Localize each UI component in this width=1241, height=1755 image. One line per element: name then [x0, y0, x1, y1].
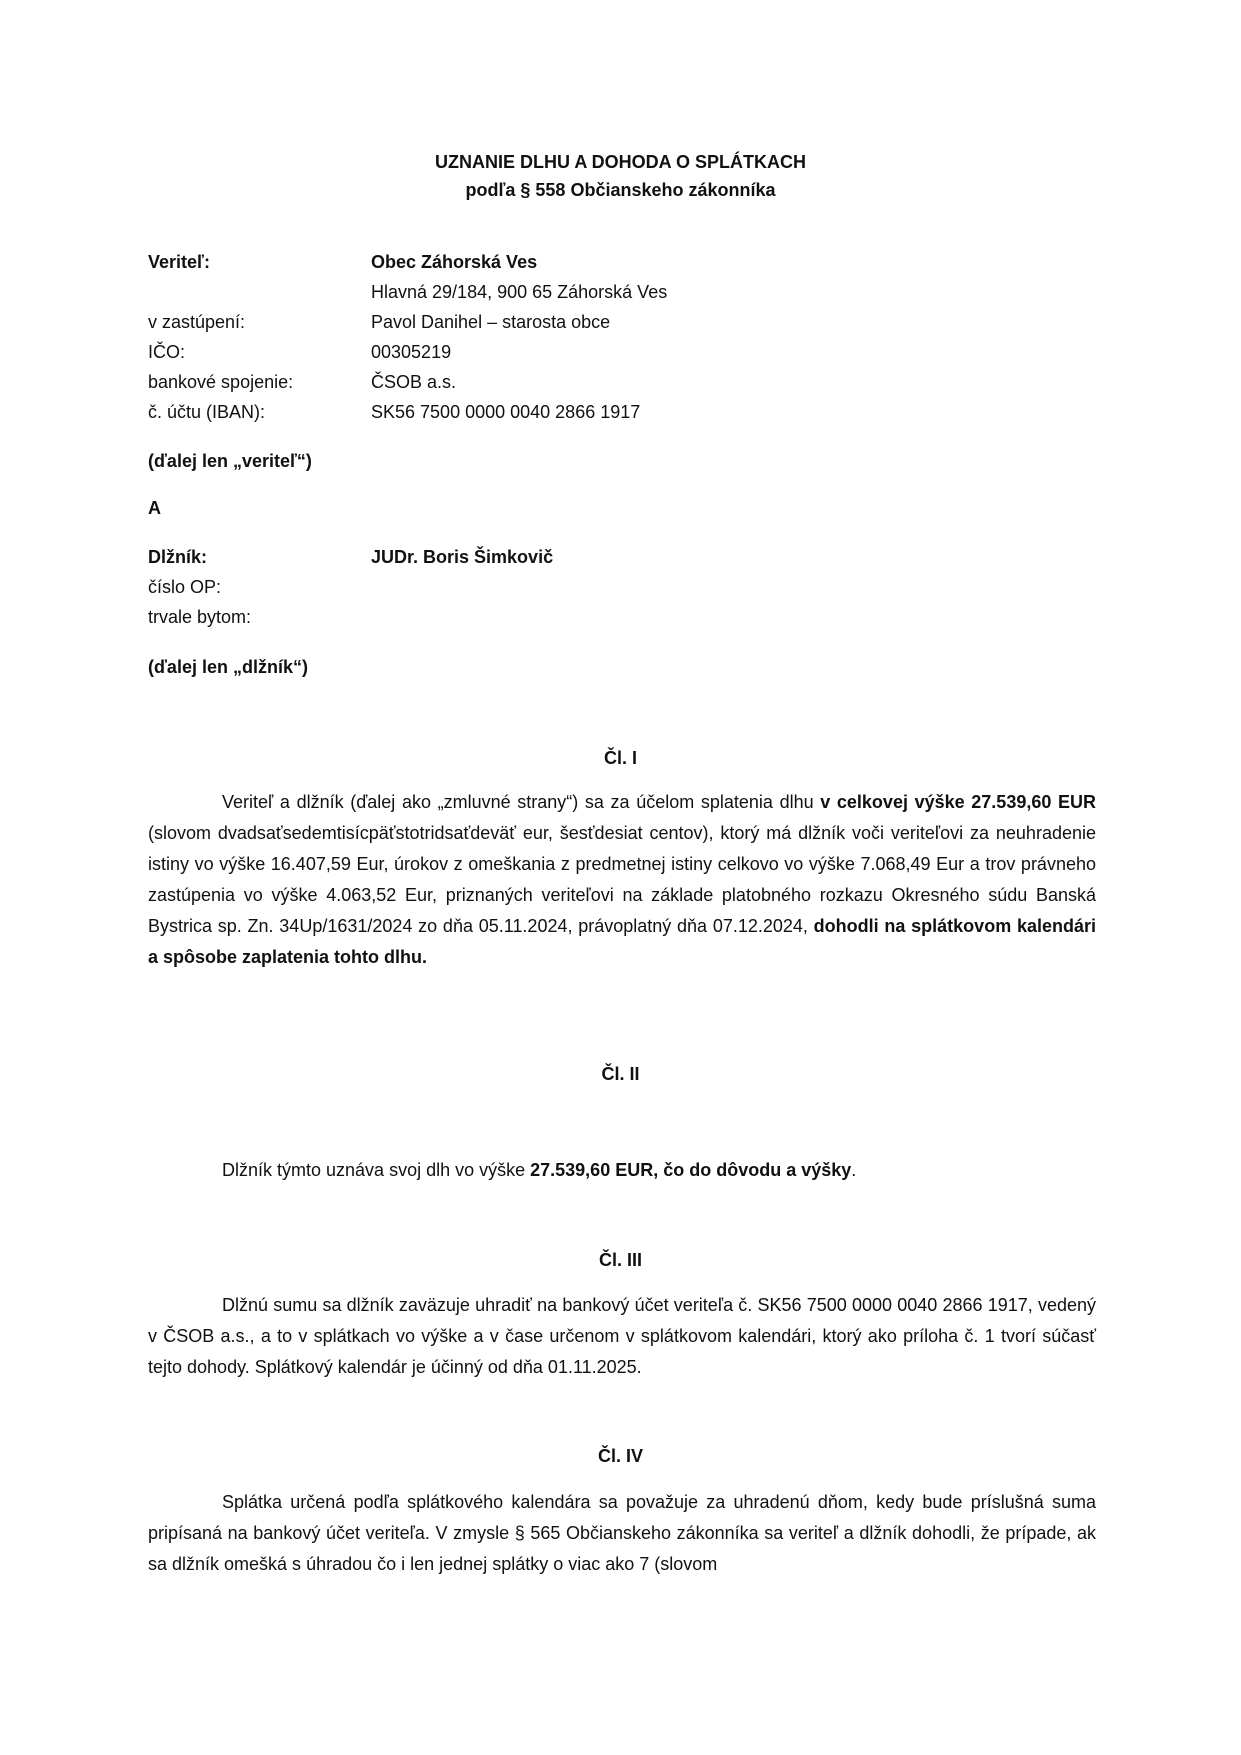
article-4-heading: Čl. IV: [0, 1446, 1241, 1467]
creditor-address: Hlavná 29/184, 900 65 Záhorská Ves: [371, 282, 667, 302]
debtor-alias: (ďalej len „dlžník“): [148, 652, 308, 682]
document-page: UZNANIE DLHU A DOHODA O SPLÁTKACH podľa …: [0, 0, 1241, 1755]
bank-value: ČSOB a.s.: [371, 372, 456, 392]
debtor-row: Dlžník:JUDr. Boris Šimkovič: [148, 542, 553, 572]
article-4-text: Splátka určená podľa splátkového kalendá…: [148, 1487, 1096, 1580]
iban-row: č. účtu (IBAN):SK56 7500 0000 0040 2866 …: [148, 397, 640, 427]
bank-label: bankové spojenie:: [148, 367, 371, 397]
represented-value: Pavol Danihel – starosta obce: [371, 312, 610, 332]
article-1-heading: Čl. I: [0, 748, 1241, 769]
creditor-row: Veriteľ:Obec Záhorská Ves: [148, 247, 537, 277]
article-3-heading: Čl. III: [0, 1250, 1241, 1271]
debtor-id-label: číslo OP:: [148, 572, 371, 602]
article-2-heading: Čl. II: [0, 1064, 1241, 1085]
debtor-id-row: číslo OP:: [148, 572, 371, 602]
document-subtitle: podľa § 558 Občianskeho zákonníka: [0, 180, 1241, 201]
represented-label: v zastúpení:: [148, 307, 371, 337]
article-1-text: Veriteľ a dlžník (ďalej ako „zmluvné str…: [148, 787, 1096, 973]
creditor-address-row: Hlavná 29/184, 900 65 Záhorská Ves: [148, 277, 667, 307]
article-2-text: Dlžník týmto uznáva svoj dlh vo výške 27…: [148, 1155, 1096, 1186]
debtor-residence-label: trvale bytom:: [148, 602, 371, 632]
iban-label: č. účtu (IBAN):: [148, 397, 371, 427]
document-title: UZNANIE DLHU A DOHODA O SPLÁTKACH: [0, 152, 1241, 173]
ico-label: IČO:: [148, 337, 371, 367]
conjunction: A: [148, 493, 161, 523]
creditor-label: Veriteľ:: [148, 247, 371, 277]
creditor-alias: (ďalej len „veriteľ“): [148, 446, 312, 476]
iban-value: SK56 7500 0000 0040 2866 1917: [371, 402, 640, 422]
ico-row: IČO:00305219: [148, 337, 451, 367]
debtor-name: JUDr. Boris Šimkovič: [371, 547, 553, 567]
debtor-residence-row: trvale bytom:: [148, 602, 371, 632]
ico-value: 00305219: [371, 342, 451, 362]
debtor-label: Dlžník:: [148, 542, 371, 572]
bank-row: bankové spojenie:ČSOB a.s.: [148, 367, 456, 397]
represented-row: v zastúpení:Pavol Danihel – starosta obc…: [148, 307, 610, 337]
creditor-name: Obec Záhorská Ves: [371, 252, 537, 272]
article-3-text: Dlžnú sumu sa dlžník zaväzuje uhradiť na…: [148, 1290, 1096, 1383]
